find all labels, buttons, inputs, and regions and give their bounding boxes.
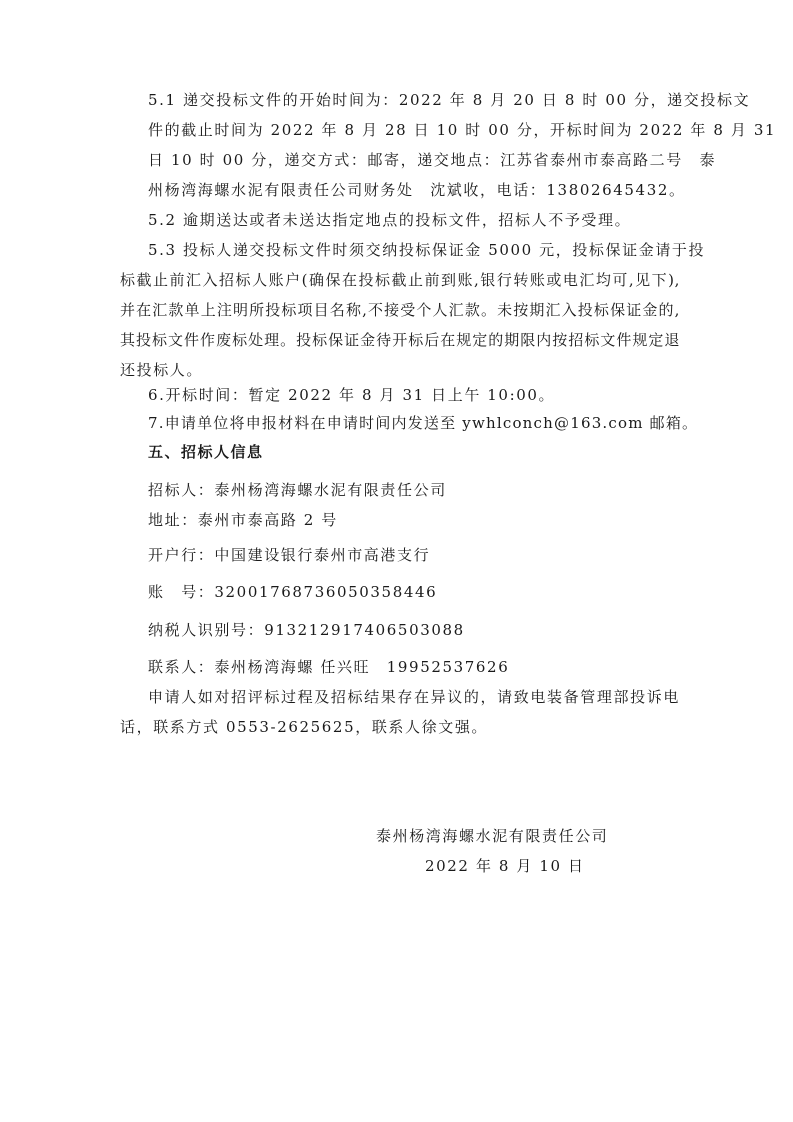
p5-3-line-5: 还投标人。 bbox=[120, 360, 203, 380]
p5-1-line-2: 件的截止时间为 2022 年 8 月 28 日 10 时 00 分，开标时间为 … bbox=[148, 120, 680, 140]
tenderer-contact: 联系人：泰州杨湾海螺 任兴旺 19952537626 bbox=[148, 657, 509, 677]
p5-2: 5.2 逾期送达或者未送达指定地点的投标文件，招标人不予受理。 bbox=[148, 210, 631, 230]
tenderer-account: 账 号：32001768736050358446 bbox=[148, 582, 437, 602]
p5-1-line-4: 州杨湾海螺水泥有限责任公司财务处 沈斌收，电话：13802645432。 bbox=[148, 180, 686, 200]
tenderer-address: 地址：泰州市泰高路 2 号 bbox=[148, 510, 338, 530]
signature-company: 泰州杨湾海螺水泥有限责任公司 bbox=[376, 826, 608, 846]
tenderer-name: 招标人：泰州杨湾海螺水泥有限责任公司 bbox=[148, 480, 447, 500]
document-page: 5.1 递交投标文件的开始时间为：2022 年 8 月 20 日 8 时 00 … bbox=[0, 0, 793, 1122]
tenderer-tax-id: 纳税人识别号：913212917406503088 bbox=[148, 620, 465, 640]
p5-3-line-2: 标截止前汇入招标人账户(确保在投标截止前到账,银行转账或电汇均可,见下), bbox=[120, 270, 680, 290]
p5-3-line-4: 其投标文件作废标处理。投标保证金待开标后在规定的期限内按招标文件规定退 bbox=[120, 330, 680, 350]
complaint-line-2: 话，联系方式 0553-2625625，联系人徐文强。 bbox=[120, 717, 488, 737]
p5-3-line-1: 5.3 投标人递交投标文件时须交纳投标保证金 5000 元，投标保证金请于投 bbox=[148, 240, 680, 260]
section-heading: 五、招标人信息 bbox=[148, 442, 264, 462]
item-7: 7.申请单位将申报材料在申请时间内发送至 ywhlconch@163.com 邮… bbox=[148, 413, 698, 433]
p5-1-line-1: 5.1 递交投标文件的开始时间为：2022 年 8 月 20 日 8 时 00 … bbox=[148, 90, 680, 110]
signature-date: 2022 年 8 月 10 日 bbox=[425, 856, 585, 876]
p5-3-line-3: 并在汇款单上注明所投标项目名称,不接受个人汇款。未按期汇入投标保证金的, bbox=[120, 300, 680, 320]
item-6: 6.开标时间：暂定 2022 年 8 月 31 日上午 10:00。 bbox=[148, 385, 555, 405]
complaint-line-1: 申请人如对招评标过程及招标结果存在异议的，请致电装备管理部投诉电 bbox=[148, 687, 680, 707]
p5-1-line-3: 日 10 时 00 分，递交方式：邮寄，递交地点：江苏省泰州市泰高路二号 泰 bbox=[148, 150, 680, 170]
tenderer-bank: 开户行：中国建设银行泰州市高港支行 bbox=[148, 545, 430, 565]
